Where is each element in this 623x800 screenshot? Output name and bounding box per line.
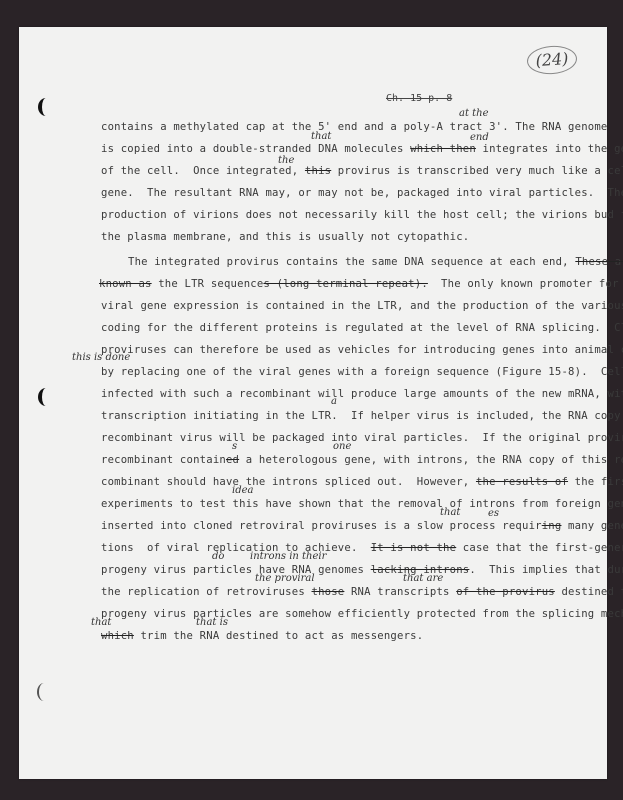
text-line: the plasma membrane, and this is usually… — [101, 231, 469, 243]
text-line: recombinant virus will be packaged into … — [101, 432, 623, 444]
struck-text: this — [305, 165, 331, 177]
typed-text: experiments to test this have shown that… — [101, 498, 623, 510]
struck-text: those — [312, 586, 345, 598]
hole-punch-icon — [38, 388, 54, 406]
handwritten-insertion: at the — [459, 108, 489, 119]
handwritten-insertion: that are — [403, 573, 443, 584]
handwritten-insertion: that — [91, 617, 111, 628]
text-line: The integrated provirus contains the sam… — [128, 256, 623, 268]
handwritten-insertion: this is done — [72, 352, 130, 363]
struck-text: ed — [226, 454, 239, 466]
typed-text: destined to enter — [555, 586, 623, 598]
typed-text: the LTR sequence — [152, 278, 264, 290]
typed-text: recombinant virus will be packaged into … — [101, 432, 623, 444]
text-line: inserted into cloned retroviral provirus… — [101, 520, 623, 532]
text-line: contains a methylated cap at the 5' end … — [101, 121, 608, 133]
typed-text: by replacing one of the viral genes with… — [101, 366, 623, 378]
struck-text: s (long terminal repeat). — [263, 278, 427, 290]
typed-text: the plasma membrane, and this is usually… — [101, 231, 469, 243]
handwritten-insertion: do — [212, 551, 224, 562]
handwritten-insertion: that — [311, 131, 331, 142]
typed-text: the first — [568, 476, 623, 488]
struck-text: known as — [99, 278, 152, 290]
typed-text: the replication of retroviruses — [101, 586, 312, 598]
hole-punch-icon — [37, 683, 51, 701]
typed-text: coding for the different proteins is reg… — [101, 322, 623, 334]
struck-text: which then — [410, 143, 476, 155]
struck-text: the results of — [476, 476, 568, 488]
handwritten-insertion: one — [333, 441, 351, 452]
typed-text: The integrated provirus contains the sam… — [128, 256, 575, 268]
typed-text: gene. The resultant RNA may, or may not … — [101, 187, 623, 199]
handwritten-insertion: idea — [232, 485, 253, 496]
typed-text: recombinant contain — [101, 454, 226, 466]
text-line: viral gene expression is contained in th… — [101, 300, 623, 312]
text-line: recombinant contained a heterologous gen… — [101, 454, 623, 466]
handwritten-insertion: that is — [196, 617, 228, 628]
text-line: the replication of retroviruses those RN… — [101, 586, 623, 598]
handwritten-insertion: s — [232, 441, 237, 452]
handwritten-insertion: the — [278, 155, 294, 166]
typed-text: provirus is transcribed very much like a… — [331, 165, 623, 177]
typed-text: RNA transcripts — [344, 586, 456, 598]
typed-text: production of virions does not necessari… — [101, 209, 623, 221]
handwritten-insertion: a — [331, 396, 337, 407]
text-line: combinant should have the introns splice… — [101, 476, 623, 488]
typed-text: infected with such a recombinant will pr… — [101, 388, 623, 400]
handwritten-insertion: introns in their — [250, 551, 326, 562]
handwritten-insertion: end — [470, 132, 489, 143]
text-line: gene. The resultant RNA may, or may not … — [101, 187, 623, 199]
typed-text: combinant should have the introns splice… — [101, 476, 476, 488]
typed-text: transcription initiating in the LTR. If … — [101, 410, 623, 422]
typed-text: integrates into the genome — [476, 143, 623, 155]
struck-text: These are — [575, 256, 623, 268]
typed-text: proviruses can therefore be used as vehi… — [101, 344, 623, 356]
text-line: of the cell. Once integrated, this provi… — [101, 165, 623, 177]
text-line: tions of viral replication to achieve. I… — [101, 542, 623, 554]
struck-text: It is not the — [371, 542, 457, 554]
text-line: which trim the RNA destined to act as me… — [101, 630, 423, 642]
typed-text: many genera- — [561, 520, 623, 532]
typed-text: viral gene expression is contained in th… — [101, 300, 623, 312]
typed-text: progeny virus particles have RNA genomes — [101, 564, 371, 576]
typed-text: . This implies that during — [469, 564, 623, 576]
struck-header: Ch. 15 p. 8 — [386, 93, 452, 104]
text-line: transcription initiating in the LTR. If … — [101, 410, 623, 422]
handwritten-insertion: that — [440, 507, 460, 518]
text-line: progeny virus particles are somehow effi… — [101, 608, 623, 620]
typed-text: case that the first-generation — [456, 542, 623, 554]
typed-text: trim the RNA destined to act as messenge… — [134, 630, 423, 642]
handwritten-insertion: the proviral — [255, 573, 315, 584]
text-line: by replacing one of the viral genes with… — [101, 366, 623, 378]
text-line: experiments to test this have shown that… — [101, 498, 623, 510]
typed-text: of the cell. Once integrated, — [101, 165, 305, 177]
hole-punch-icon — [38, 98, 54, 116]
text-line: production of virions does not necessari… — [101, 209, 623, 221]
struck-text: ing — [542, 520, 562, 532]
text-line: progeny virus particles have RNA genomes… — [101, 564, 623, 576]
text-line: proviruses can therefore be used as vehi… — [101, 344, 623, 356]
text-line: infected with such a recombinant will pr… — [101, 388, 623, 400]
typed-text: progeny virus particles are somehow effi… — [101, 608, 623, 620]
text-line: coding for the different proteins is reg… — [101, 322, 623, 334]
typed-text: tions of viral replication to achieve. — [101, 542, 371, 554]
text-line: known as the LTR sequences (long termina… — [99, 278, 619, 290]
text-line: is copied into a double-stranded DNA mol… — [101, 143, 623, 155]
struck-text: which — [101, 630, 134, 642]
typed-text: a heterologous gene, with introns, the R… — [239, 454, 623, 466]
struck-text: of the provirus — [456, 586, 555, 598]
handwritten-insertion: es — [488, 508, 499, 519]
typed-text: contains a methylated cap at the 5' end … — [101, 121, 608, 133]
typed-text: inserted into cloned retroviral provirus… — [101, 520, 542, 532]
typed-text: The only known promoter for — [428, 278, 619, 290]
typed-text: is copied into a double-stranded DNA mol… — [101, 143, 410, 155]
